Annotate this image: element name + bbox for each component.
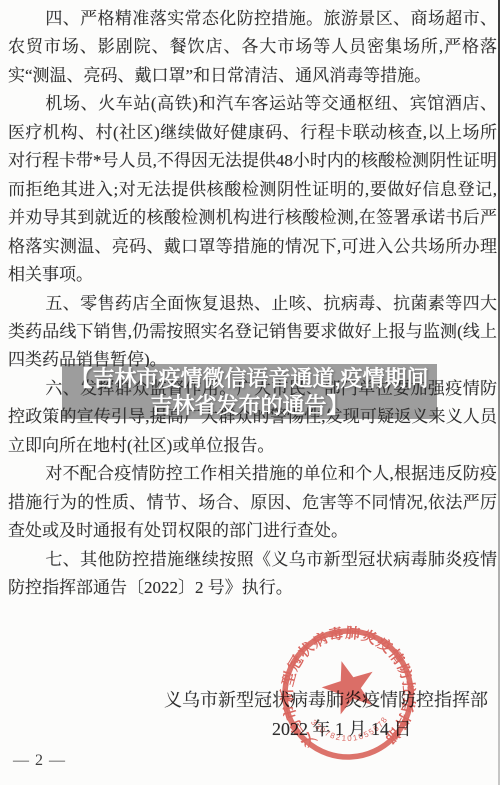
watermark-banner-line-2: 吉林省发布的通告】: [62, 393, 437, 418]
signature-line: 义乌市新型冠状病毒肺炎疫情防控指挥部: [164, 686, 488, 712]
notice-paragraph-5: 五、零售药店全面恢复退热、止咳、抗病毒、抗菌素等四大类药品线下销售,仍需按照实名…: [8, 290, 497, 375]
notice-paragraph-6b: 对不配合疫情防控工作相关措施的单位和个人,根据违反防疫措施行为的性质、情节、场合…: [8, 460, 497, 545]
notice-paragraph-4b: 机场、火车站(高铁)和汽车客运站等交通枢纽、宾馆酒店、医疗机构、村(社区)继续做…: [8, 90, 497, 289]
watermark-banner: 【吉林市疫情微信语音通道,疫情期间 吉林省发布的通告】: [62, 364, 437, 419]
scanned-notice-page: 四、严格精准落实常态化防控措施。旅游景区、商场超市、农贸市场、影剧院、餐饮店、各…: [0, 0, 500, 785]
notice-paragraph-7: 七、其他防控措施继续按照《义乌市新型冠状病毒肺炎疫情防控指挥部通告〔2022〕2…: [8, 546, 497, 603]
watermark-banner-line-1: 【吉林市疫情微信语音通道,疫情期间: [62, 365, 437, 393]
date-line: 2022 年 1 月 14 日: [272, 715, 412, 741]
notice-paragraph-4: 四、严格精准落实常态化防控措施。旅游景区、商场超市、农贸市场、影剧院、餐饮店、各…: [8, 5, 497, 90]
page-number: — 2 —: [13, 752, 66, 770]
notice-body: 四、严格精准落实常态化防控措施。旅游景区、商场超市、农贸市场、影剧院、餐饮店、各…: [8, 5, 497, 603]
